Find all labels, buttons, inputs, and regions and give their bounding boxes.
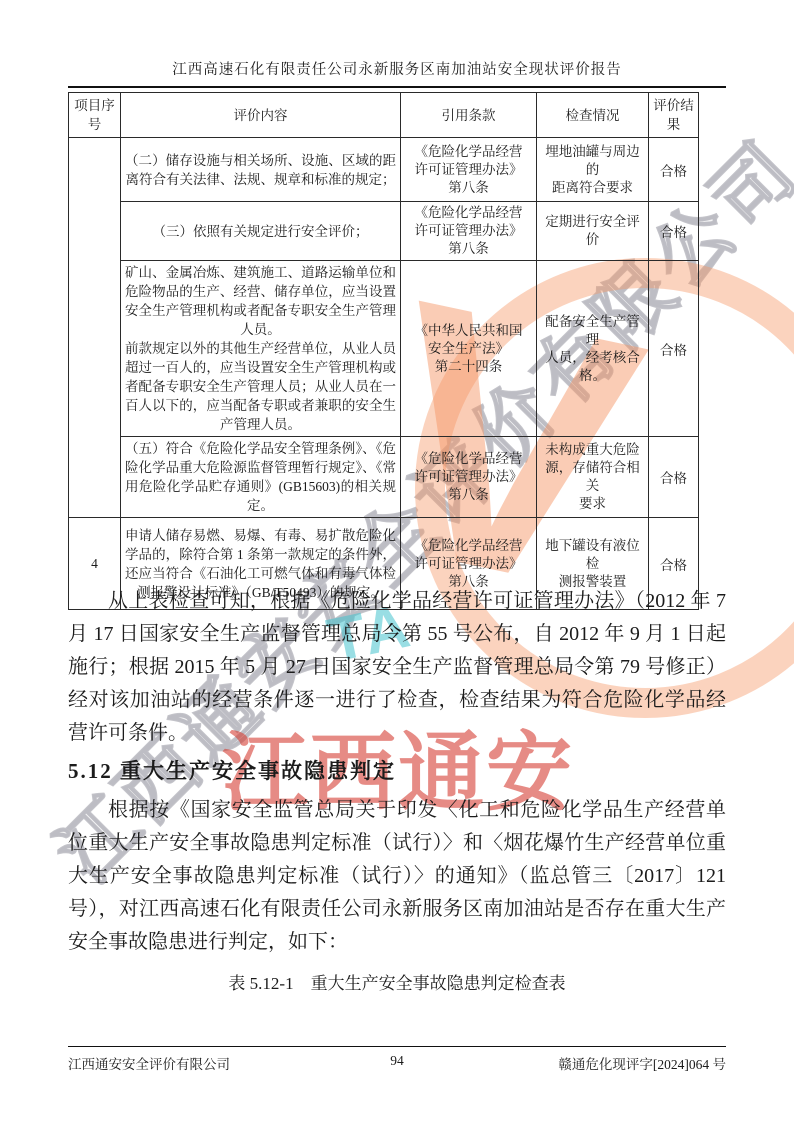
header-rule: [68, 86, 726, 88]
next-table-caption: 表 5.12-1 重大生产安全事故隐患判定检查表: [68, 969, 726, 994]
section-heading-5-12: 5.12 重大生产安全事故隐患判定: [68, 756, 726, 786]
page-header-title: 江西高速石化有限责任公司永新服务区南加油站安全现状评价报告: [68, 58, 726, 79]
result-cell: 合格: [649, 138, 699, 202]
check-cell: 定期进行安全评价: [537, 202, 649, 261]
summary-paragraph: 从上表检查可知，根据《危险化学品经营许可证管理办法》（2012 年 7 月 17…: [68, 585, 726, 750]
footer-doc-number: 赣通危化现评字[2024]064 号: [558, 1053, 726, 1073]
content-cell: 矿山、金属冶炼、建筑施工、道路运输单位和危险物品的生产、经营、储存单位，应当设置…: [121, 261, 401, 437]
column-header-result: 评价结果: [649, 93, 699, 138]
body-text-block: 从上表检查可知，根据《危险化学品经营许可证管理办法》（2012 年 7 月 17…: [68, 585, 726, 994]
clause-cell: 《危险化学品经营 许可证管理办法》 第八条: [401, 138, 537, 202]
table-row: 矿山、金属冶炼、建筑施工、道路运输单位和危险物品的生产、经营、储存单位，应当设置…: [69, 261, 699, 437]
basis-paragraph: 根据按《国家安全监管总局关于印发〈化工和危险化学品生产经营单位重大生产安全事故隐…: [68, 794, 726, 959]
clause-cell: 《危险化学品经营 许可证管理办法》 第八条: [401, 202, 537, 261]
evaluation-check-table: 项目序号 评价内容 引用条款 检查情况 评价结果 （二）储存设施与相关场所、设施…: [68, 92, 699, 610]
footer-company-name: 江西通安安全评价有限公司: [68, 1053, 230, 1073]
clause-cell: 《中华人民共和国 安全生产法》 第二十四条: [401, 261, 537, 437]
table-header-row: 项目序号 评价内容 引用条款 检查情况 评价结果: [69, 93, 699, 138]
column-header-clause: 引用条款: [401, 93, 537, 138]
clause-cell: 《危险化学品经营 许可证管理办法》 第八条: [401, 437, 537, 518]
result-cell: 合格: [649, 261, 699, 437]
table-row: （三）依照有关规定进行安全评价； 《危险化学品经营 许可证管理办法》 第八条 定…: [69, 202, 699, 261]
table-row: （五）符合《危险化学品安全管理条例》、《危险化学品重大危险源监督管理暂行规定》、…: [69, 437, 699, 518]
report-page: 江西通安安全评价有限公司 V TA 江西通安 江西高速石化有限责任公司永新服务区…: [0, 0, 794, 1123]
check-cell: 未构成重大危险 源，存储符合相关 要求: [537, 437, 649, 518]
check-cell: 埋地油罐与周边的 距离符合要求: [537, 138, 649, 202]
item-no-cell: [69, 138, 121, 518]
content-cell: （五）符合《危险化学品安全管理条例》、《危险化学品重大危险源监督管理暂行规定》、…: [121, 437, 401, 518]
result-cell: 合格: [649, 437, 699, 518]
table-row: （二）储存设施与相关场所、设施、区域的距离符合有关法律、法规、规章和标准的规定；…: [69, 138, 699, 202]
check-cell: 配备安全生产管理 人员，经考核合格。: [537, 261, 649, 437]
content-cell: （二）储存设施与相关场所、设施、区域的距离符合有关法律、法规、规章和标准的规定；: [121, 138, 401, 202]
content-cell: （三）依照有关规定进行安全评价；: [121, 202, 401, 261]
document-content: 江西高速石化有限责任公司永新服务区南加油站安全现状评价报告 项目序号 评价内容 …: [0, 0, 794, 1123]
result-cell: 合格: [649, 202, 699, 261]
column-header-content: 评价内容: [121, 93, 401, 138]
column-header-check: 检查情况: [537, 93, 649, 138]
column-header-item-no: 项目序号: [69, 93, 121, 138]
page-footer: 94 江西通安安全评价有限公司 赣通危化现评字[2024]064 号: [68, 1046, 726, 1073]
